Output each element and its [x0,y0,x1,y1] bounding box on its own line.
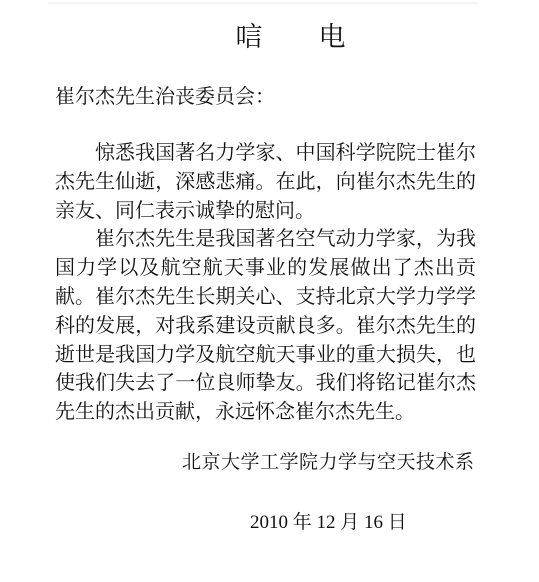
signature-line: 北京大学工学院力学与空天技术系 [182,451,475,475]
salutation-line: 崔尔杰先生治丧委员会： [55,85,275,109]
top-edge-scan-line [48,2,478,5]
letter-body: 惊悉我国著名力学家、中国科学院院士崔尔杰先生仙逝，深感悲痛。在此，向崔尔杰先生的… [55,139,476,427]
document-title: 唁 电 [21,22,539,52]
body-paragraph-1: 惊悉我国著名力学家、中国科学院院士崔尔杰先生仙逝，深感悲痛。在此，向崔尔杰先生的… [55,139,476,225]
body-paragraph-2: 崔尔杰先生是我国著名空气动力学家，为我国力学以及航空航天事业的发展做出了杰出贡献… [55,225,476,427]
document-title-char-1: 唁 [236,22,263,52]
document-title-char-2: 电 [319,22,346,52]
date-line: 2010 年 12 月 16 日 [250,511,407,535]
condolence-letter-page: 唁 电 崔尔杰先生治丧委员会： 惊悉我国著名力学家、中国科学院院士崔尔杰先生仙逝… [0,0,539,582]
